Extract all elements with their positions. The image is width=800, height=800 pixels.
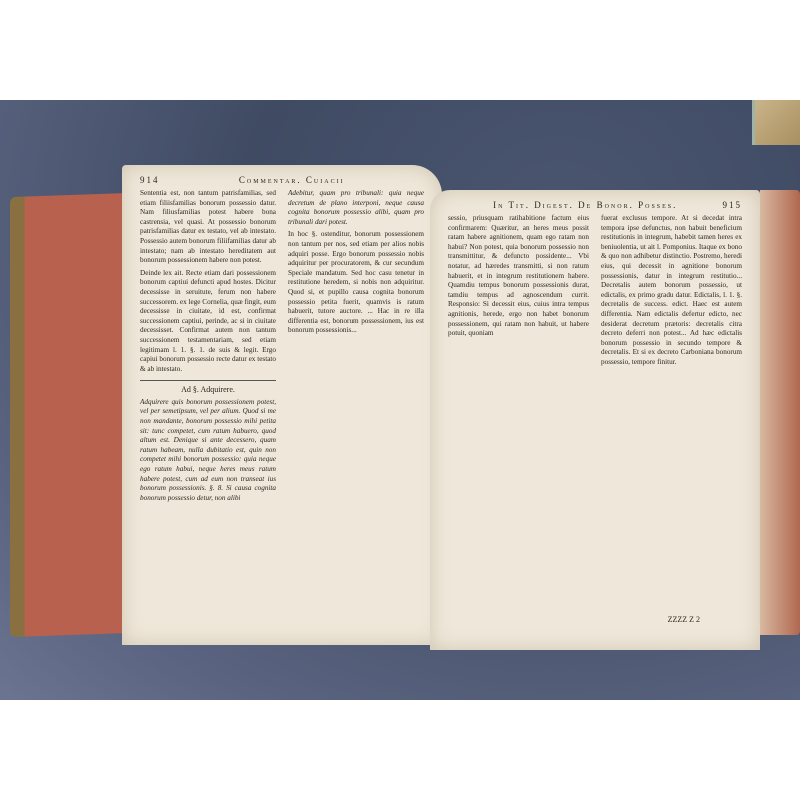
- right-column-1: sessio, priusquam ratihabitione factum e…: [448, 214, 589, 371]
- left-page-edges: [10, 193, 130, 637]
- paragraph: sessio, priusquam ratihabitione factum e…: [448, 214, 589, 339]
- right-column-2: fuerat exclusus tempore. At si decedat i…: [601, 214, 742, 371]
- page-number: 915: [722, 200, 742, 210]
- running-head-title: Commentar. Cuiacii: [239, 175, 345, 185]
- open-book: 914 Commentar. Cuiacii Sententia est, no…: [10, 165, 800, 685]
- photo-background: 914 Commentar. Cuiacii Sententia est, no…: [0, 100, 800, 700]
- left-column-2: Adebitur, quam pro tribunali: quia neque…: [288, 189, 424, 506]
- italic-paragraph: Adebitur, quam pro tribunali: quia neque…: [288, 189, 424, 227]
- paragraph: In hoc §. ostenditur, bonorum possession…: [288, 230, 424, 336]
- right-page-edges: [760, 190, 800, 635]
- section-subheading: Ad §. Adquirere.: [140, 380, 276, 395]
- left-running-head: 914 Commentar. Cuiacii: [122, 165, 442, 189]
- right-page: In Tit. Digest. De Bonor. Posses. 915 se…: [430, 190, 760, 650]
- wooden-object: [752, 100, 800, 145]
- signature-mark: ZZZZ Z 2: [668, 615, 700, 624]
- running-head-title: In Tit. Digest. De Bonor. Posses.: [493, 200, 677, 210]
- left-page: 914 Commentar. Cuiacii Sententia est, no…: [122, 165, 442, 645]
- paragraph: fuerat exclusus tempore. At si decedat i…: [601, 214, 742, 368]
- page-number: 914: [140, 175, 160, 185]
- right-running-head: In Tit. Digest. De Bonor. Posses. 915: [430, 190, 760, 214]
- left-column-1: Sententia est, non tantum patrisfamilias…: [140, 189, 276, 506]
- italic-paragraph: Adquirere quis bonorum possessionem pote…: [140, 398, 276, 504]
- paragraph: Deinde lex ait. Recte etiam dari possess…: [140, 269, 276, 375]
- paragraph: Sententia est, non tantum patrisfamilias…: [140, 189, 276, 266]
